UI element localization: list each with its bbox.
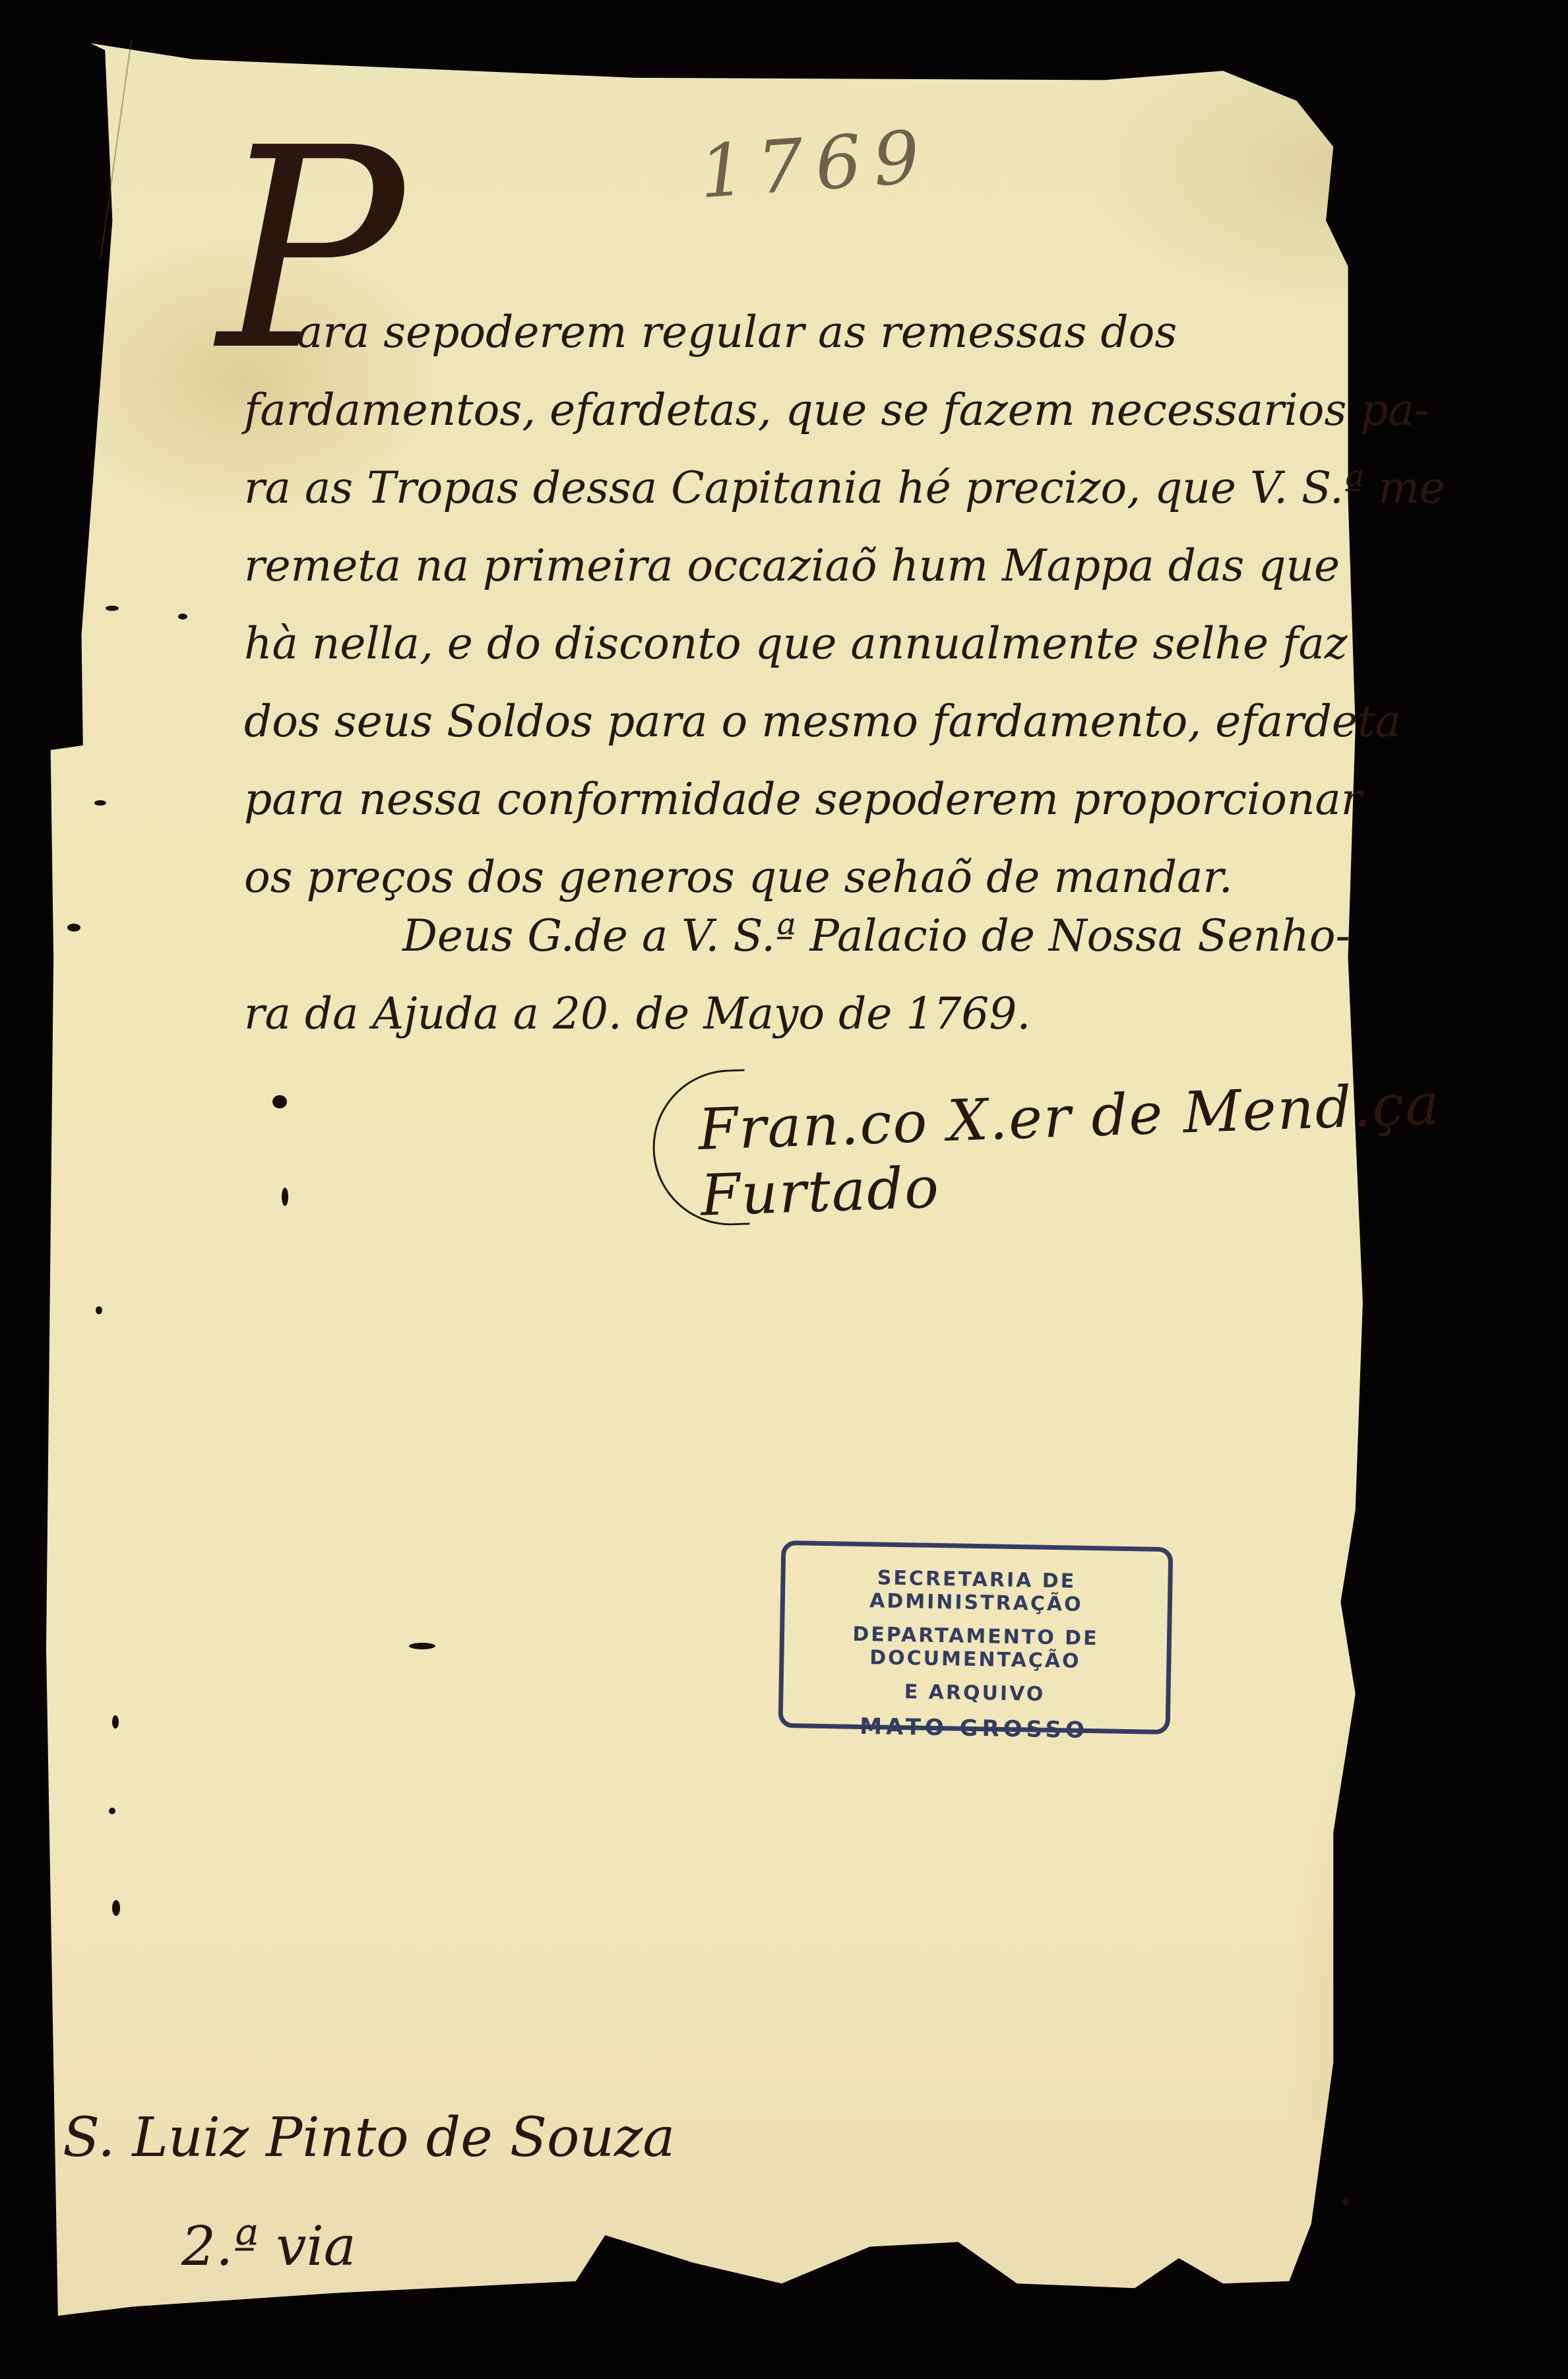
ink-blot — [112, 1900, 120, 1916]
copy-designation: 2.ª via — [181, 2220, 356, 2274]
body-line: fardamentos, efardetas, que se fazem nec… — [244, 371, 1511, 449]
ink-blot — [112, 1715, 119, 1729]
addressee-name: S. Luiz Pinto de Souza — [63, 2111, 675, 2165]
closing-line: ra da Ajuda a 20. de Mayo de 1769. — [244, 975, 1350, 1053]
closing-line: Deus G.de a V. S.ª Palacio de Nossa Senh… — [244, 897, 1350, 975]
body-line: hà nella, e do disconto que annualmente … — [244, 605, 1511, 683]
stamp-line: DEPARTAMENTO DE DOCUMENTAÇÃO — [784, 1622, 1167, 1674]
letter-closing: Deus G.de a V. S.ª Palacio de Nossa Senh… — [244, 897, 1350, 1053]
body-line: ra as Tropas dessa Capitania hé precizo,… — [244, 449, 1511, 527]
ink-blot — [178, 614, 187, 619]
ink-blot — [282, 1188, 288, 1206]
stamp-line: SECRETARIA DE ADMINISTRAÇÃO — [785, 1565, 1168, 1618]
ink-blot — [67, 924, 80, 932]
body-line: para nessa conformidade sepoderem propor… — [244, 761, 1511, 839]
archive-stamp: SECRETARIA DE ADMINISTRAÇÃO DEPARTAMENTO… — [778, 1540, 1174, 1734]
ink-blot — [1342, 2197, 1349, 2206]
body-line: remeta na primeira occaziaõ hum Mappa da… — [244, 527, 1511, 605]
stamp-line: E ARQUIVO — [783, 1678, 1166, 1708]
ink-blot — [94, 800, 106, 806]
ink-blot — [106, 606, 119, 611]
letter-body: ara sepoderem regular as remessas dos fa… — [244, 294, 1511, 916]
ink-blot — [272, 1095, 287, 1108]
body-line: dos seus Soldos para o mesmo fardamento,… — [244, 683, 1511, 761]
archive-year-annotation: 1769 — [697, 114, 934, 214]
body-line: ara sepoderem regular as remessas dos — [244, 294, 1511, 371]
ink-blot — [96, 1306, 102, 1314]
ink-blot — [109, 1808, 115, 1814]
ink-blot — [409, 1643, 435, 1649]
